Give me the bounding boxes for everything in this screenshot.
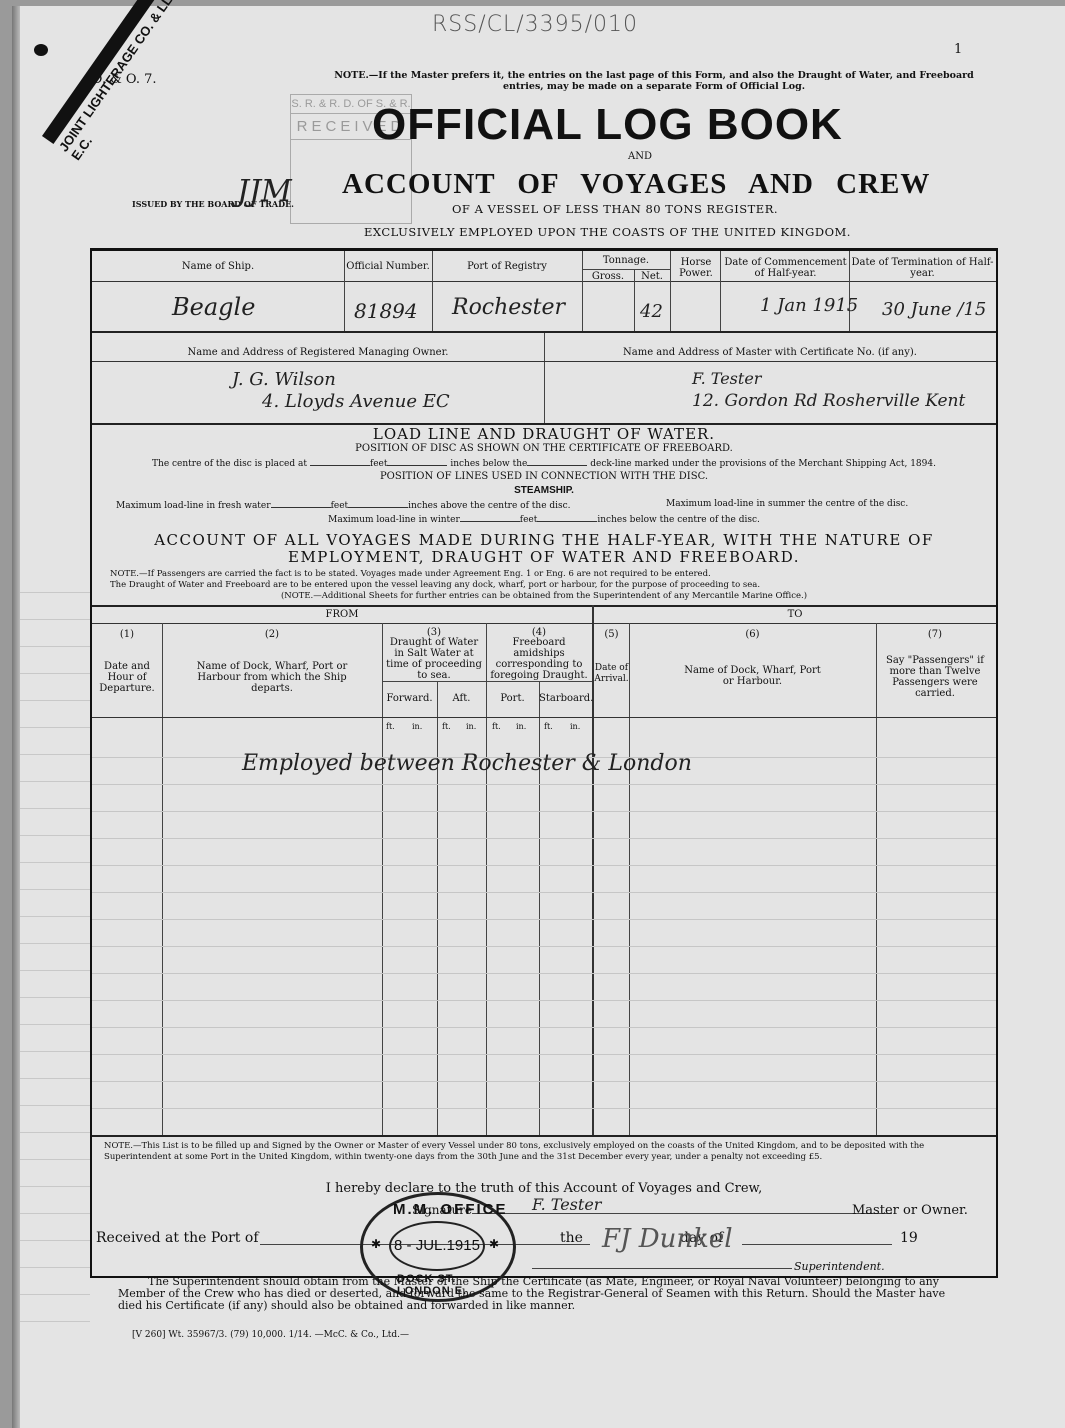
ruled-margin: [20, 566, 90, 1326]
superintendent-label: Superintendent.: [794, 1260, 885, 1273]
page-edge: [12, 6, 20, 1428]
account-note-3: (NOTE.—Additional Sheets for further ent…: [92, 591, 996, 601]
winter-line: Maximum load-line in winterfeetinches be…: [92, 513, 996, 525]
termination-value: 30 June /15: [882, 299, 986, 320]
subtitle-coasts: EXCLUSIVELY EMPLOYED UPON THE COASTS OF …: [364, 225, 851, 239]
col-6-num: (6): [629, 629, 876, 640]
sub-forward: Forward.: [382, 693, 437, 704]
archive-reference: RSS/CL/3395/010: [432, 12, 638, 37]
voyage-entry: Employed between Rochester & London: [242, 751, 692, 776]
page-subtitle: ACCOUNT OF VOYAGES AND CREW: [342, 168, 930, 201]
header-termination: Date of Termination of Half-year.: [851, 257, 994, 279]
sub-aft: Aft.: [437, 693, 486, 704]
master-name: F. Tester: [692, 369, 761, 388]
account-title-2: EMPLOYMENT, DRAUGHT OF WATER AND FREEBOA…: [92, 548, 996, 566]
master-label: Name and Address of Master with Certific…: [544, 347, 996, 358]
header-gross: Gross.: [582, 271, 634, 282]
handwritten-initials: JJM: [237, 174, 292, 209]
ship-name-value: Beagle: [172, 293, 255, 321]
col-1-label: Date and Hour of Departure.: [96, 661, 158, 694]
col-4-label: Freeboard amidships corresponding to for…: [488, 637, 590, 681]
voyage-rows: [92, 731, 996, 1135]
disc-heading: POSITION OF DISC AS SHOWN ON THE CERTIFI…: [92, 443, 996, 454]
footer-note: NOTE.—This List is to be filled up and S…: [104, 1141, 980, 1163]
col-5-label: Date of Arrival.: [594, 663, 629, 685]
title-and: AND: [628, 151, 652, 162]
top-note: NOTE.—If the Master prefers it, the entr…: [334, 70, 974, 92]
col-3-label: Draught of Water in Salt Water at time o…: [384, 637, 484, 681]
declaration: I hereby declare to the truth of this Ac…: [92, 1181, 996, 1196]
the-label: the: [560, 1230, 583, 1246]
signature-role: Master or Owner.: [852, 1203, 968, 1218]
master-signature: F. Tester: [532, 1195, 601, 1214]
col-6-label: Name of Dock, Wharf, Port or Harbour.: [679, 665, 826, 687]
col-5-num: (5): [594, 629, 629, 640]
official-number-value: 81894: [354, 299, 418, 323]
owner-address: 4. Lloyds Avenue EC: [262, 391, 450, 412]
header-horse-power: Horse Power.: [672, 257, 720, 279]
header-official-number: Official Number.: [344, 261, 432, 272]
master-address: 12. Gordon Rd Rosherville Kent: [692, 391, 965, 411]
received-port-label: Received at the Port of: [96, 1230, 259, 1246]
star-icon: ✱: [371, 1237, 381, 1251]
star-icon: ✱: [489, 1237, 499, 1251]
superintendent-instructions: The Superintendent should obtain from th…: [118, 1276, 958, 1312]
stamp-date: 8 - JUL.1915: [389, 1221, 485, 1271]
header-net: Net.: [634, 271, 670, 282]
lines-heading: POSITION OF LINES USED IN CONNECTION WIT…: [92, 471, 996, 482]
sub-starboard: Starboard.: [539, 693, 592, 704]
owner-name: J. G. Wilson: [232, 369, 336, 390]
port-value: Rochester: [452, 295, 565, 320]
steamship-heading: STEAMSHIP.: [92, 485, 996, 496]
account-note-1: NOTE.—If Passengers are carried the fact…: [110, 569, 711, 579]
sub-port: Port.: [486, 693, 539, 704]
header-ship-name: Name of Ship.: [92, 261, 344, 272]
commencement-value: 1 Jan 1915: [760, 295, 858, 316]
header-tonnage: Tonnage.: [582, 255, 670, 266]
col-2-num: (2): [162, 629, 382, 640]
group-from: FROM: [92, 609, 592, 620]
net-tonnage-value: 42: [640, 301, 663, 322]
load-line-title: LOAD LINE AND DRAUGHT OF WATER.: [92, 425, 996, 443]
page-number: 1: [954, 42, 962, 57]
summer-line: Maximum load-line in summer the centre o…: [666, 499, 908, 509]
superintendent-signature: FJ Dunkel: [602, 1224, 733, 1254]
owner-label: Name and Address of Registered Managing …: [92, 347, 544, 358]
year-label: 19: [900, 1230, 918, 1246]
fresh-water-line: Maximum load-line in fresh waterfeetinch…: [116, 499, 571, 511]
subtitle-vessel: OF A VESSEL OF LESS THAN 80 TONS REGISTE…: [452, 202, 778, 216]
col-7-num: (7): [876, 629, 994, 640]
form-frame: Name of Ship. Official Number. Port of R…: [90, 248, 998, 1278]
col-1-num: (1): [92, 629, 162, 640]
group-to: TO: [594, 609, 996, 620]
log-book-page: RSS/CL/3395/010 1 D. & O. 7. NOTE.—If th…: [12, 6, 1065, 1428]
header-commencement: Date of Commencement of Half-year.: [722, 257, 849, 279]
col-2-label: Name of Dock, Wharf, Port or Harbour fro…: [192, 661, 352, 694]
account-note-2: The Draught of Water and Freeboard are t…: [110, 580, 760, 590]
printer-imprint: [V 260] Wt. 35967/3. (79) 10,000. 1/14. …: [132, 1330, 409, 1340]
punch-hole: [34, 44, 48, 56]
header-port: Port of Registry: [432, 261, 582, 272]
page-title: OFFICIAL LOG BOOK: [372, 100, 843, 150]
col-7-label: Say "Passengers" if more than Twelve Pas…: [880, 655, 990, 699]
account-title-1: ACCOUNT OF ALL VOYAGES MADE DURING THE H…: [92, 531, 996, 549]
disc-line: The centre of the disc is placed at feet…: [92, 457, 996, 469]
stamp-office: M.M. OFFICE: [393, 1201, 508, 1218]
